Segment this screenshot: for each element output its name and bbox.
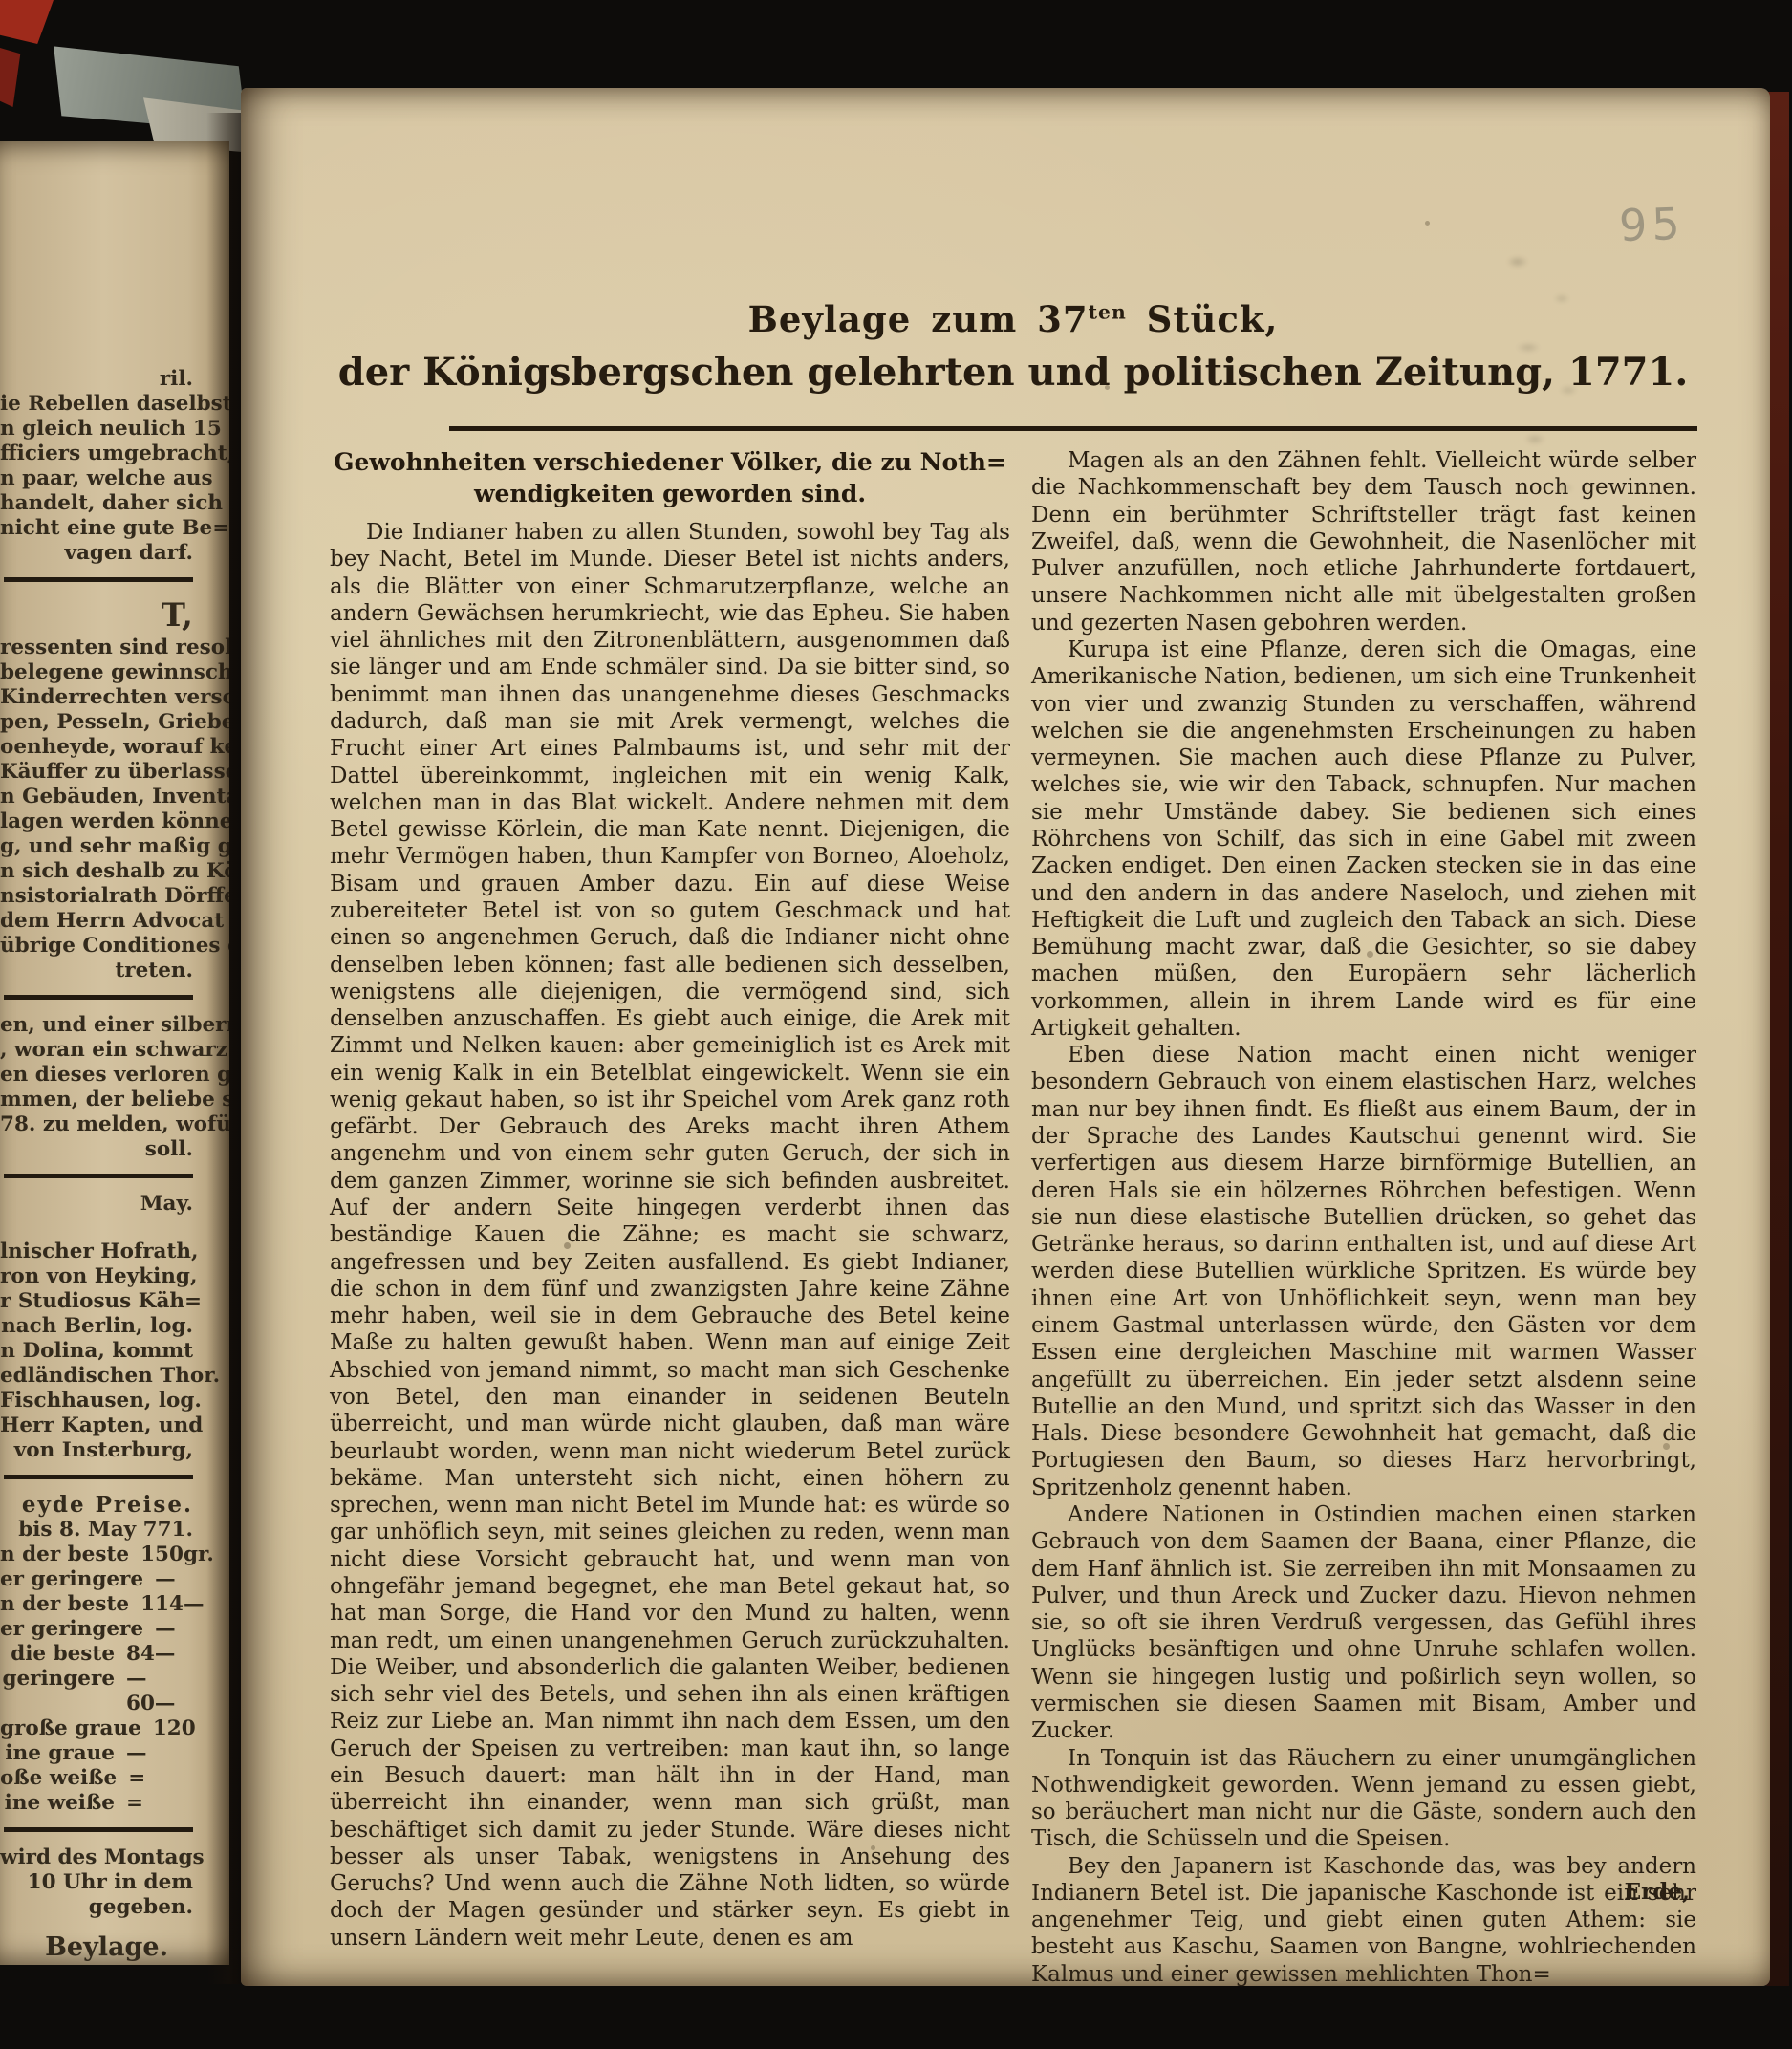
margin-line-text: Herr Kapten, und: [0, 1413, 203, 1437]
article-paragraph: Andere Nationen in Ostindien machen eine…: [1031, 1501, 1696, 1745]
margin-line: oenheyde, worauf kei=: [0, 735, 229, 760]
margin-line-text: nicht eine gute Be=: [0, 516, 229, 540]
margin-line-text: ron von Heyking,: [0, 1264, 197, 1288]
margin-line: Fischhausen, log.: [0, 1389, 229, 1413]
newspaper-page: 95 Beylage zum 37ten Stück, der Königsbe…: [241, 88, 1770, 1986]
masthead-line1-superscript: ten: [1089, 301, 1127, 324]
column-right: Magen als an den Zähnen fehlt. Vielleich…: [1031, 447, 1696, 1988]
margin-line: lnischer Hofrath,: [0, 1240, 229, 1264]
margin-line-value: 120: [141, 1716, 196, 1741]
margin-line-value: —: [115, 1741, 193, 1766]
margin-line-text: treten.: [115, 959, 193, 982]
book-scan: { "page_number": "95", "ink_color": "#2a…: [0, 0, 1792, 2049]
margin-line-text: dem Herrn Advocat: [0, 909, 224, 933]
margin-line-text: nach Berlin, log.: [1, 1314, 193, 1338]
margin-line-text: en, und einer silbernen: [0, 1013, 229, 1037]
margin-line: nicht eine gute Be=: [0, 516, 229, 541]
margin-line-text: vagen darf.: [64, 541, 193, 565]
margin-line: von Insterburg,: [0, 1438, 229, 1463]
margin-line: große graue120: [0, 1716, 229, 1741]
page-number: 95: [1618, 198, 1685, 251]
margin-line: handelt, daher sich: [0, 491, 229, 516]
margin-line-text: Fischhausen, log.: [0, 1389, 202, 1413]
paper-speckles: [241, 88, 244, 91]
margin-line-text: Käuffer zu überlassen.: [0, 760, 229, 784]
masthead: Beylage zum 37ten Stück, der Königsbergs…: [330, 298, 1696, 395]
article-paragraph: Die Indianer haben zu allen Stunden, sow…: [330, 519, 1010, 1952]
margin-line-value: —: [143, 1617, 193, 1642]
margin-line: geringere—: [0, 1667, 229, 1692]
margin-line: er geringere—: [0, 1617, 229, 1642]
article-paragraph: Magen als an den Zähnen fehlt. Vielleich…: [1031, 447, 1696, 636]
margin-line-text: T,: [162, 596, 193, 635]
margin-line: übrige Conditiones er=: [0, 934, 229, 959]
margin-line: er geringere—: [0, 1567, 229, 1592]
margin-line: gegeben.: [0, 1895, 229, 1920]
margin-line: n der beste150gr.: [0, 1542, 229, 1567]
margin-line-text: ril.: [160, 367, 193, 391]
margin-line: n Gebäuden, Inventa=: [0, 785, 229, 809]
margin-column: ril. ie Rebellen daselbst n gleich neuli…: [0, 141, 229, 1960]
margin-line-text: lnischer Hofrath,: [0, 1240, 199, 1263]
masthead-line1-pre: Beylage zum 37: [748, 298, 1089, 340]
margin-line-text: n der beste: [0, 1592, 129, 1617]
masthead-line-1: Beylage zum 37ten Stück,: [330, 298, 1696, 340]
margin-line-text: n Dolina, kommt: [0, 1339, 193, 1363]
margin-line: treten.: [0, 959, 229, 983]
margin-line: n sich deshalb zu Kö=: [0, 859, 229, 884]
margin-line-value: —: [115, 1667, 193, 1692]
article-heading: Gewohnheiten verschiedener Völker, die z…: [330, 447, 1010, 509]
masthead-line1-post: Stück,: [1127, 298, 1279, 340]
margin-line: wird des Montags: [0, 1845, 229, 1870]
margin-line-value: =: [115, 1791, 193, 1816]
margin-line: soll.: [0, 1137, 229, 1162]
margin-line-text: n der beste: [0, 1542, 129, 1567]
margin-line: [4, 577, 193, 582]
margin-line: [4, 995, 193, 1000]
article-heading-line-1: Gewohnheiten verschiedener Völker, die z…: [330, 447, 1010, 479]
margin-line: die beste84—: [0, 1642, 229, 1667]
margin-line: ril.: [0, 367, 229, 392]
margin-line-value: 84—: [115, 1642, 193, 1667]
margin-line-value: 114—: [129, 1592, 204, 1617]
margin-line: , woran ein schwarz: [0, 1038, 229, 1063]
margin-line-text: er geringere: [0, 1617, 143, 1642]
margin-line: [4, 1174, 193, 1178]
margin-line-text: Kinderrechten verschrie=: [0, 685, 229, 709]
margin-line: n gleich neulich 15: [0, 417, 229, 442]
margin-line-text: oße weiße: [0, 1766, 117, 1791]
margin-line-text: n paar, welche aus: [0, 466, 213, 490]
margin-line-text: lagen werden können,: [0, 809, 229, 833]
margin-line-text: gegeben.: [89, 1895, 193, 1919]
margin-line-text: g, und sehr maßig ge=: [0, 834, 229, 858]
margin-line: [0, 1217, 229, 1240]
margin-line: en dieses verloren ge=: [0, 1063, 229, 1088]
margin-line: en, und einer silbernen: [0, 1013, 229, 1038]
margin-line-text: May.: [140, 1192, 193, 1216]
margin-line-value: =: [117, 1766, 193, 1791]
margin-line: fficiers umgebracht,: [0, 442, 229, 466]
margin-line: 78. zu melden, wofür: [0, 1112, 229, 1137]
margin-line-text: 78. zu melden, wofür: [0, 1112, 229, 1136]
margin-line: ine graue—: [0, 1741, 229, 1766]
margin-line: mmen, der beliebe sich: [0, 1088, 229, 1112]
margin-line-text: von Insterburg,: [14, 1438, 193, 1462]
margin-line: eyde Preise.: [0, 1493, 229, 1518]
margin-line: n Dolina, kommt: [0, 1339, 229, 1364]
margin-line: pen, Pesseln, Grieben,: [0, 710, 229, 735]
margin-line-value: 150gr.: [129, 1542, 207, 1567]
margin-line: Käuffer zu überlassen.: [0, 760, 229, 785]
margin-line: ron von Heyking,: [0, 1264, 229, 1289]
margin-line: dem Herrn Advocat: [0, 909, 229, 934]
margin-line: nsistorialrath Dörffer,: [0, 884, 229, 909]
margin-line-text: ine weiße: [0, 1791, 115, 1816]
margin-line-text: ie Rebellen daselbst: [0, 392, 229, 416]
margin-line: Kinderrechten verschrie=: [0, 685, 229, 710]
margin-line-text: belegene gewinnschaft=: [0, 660, 229, 684]
margin-line-value: —: [143, 1567, 193, 1592]
margin-line-text: bis 8. May 771.: [18, 1518, 193, 1542]
margin-line-text: mmen, der beliebe sich: [0, 1088, 229, 1111]
article-paragraph: Bey den Japanern ist Kaschonde das, was …: [1031, 1853, 1696, 1988]
book-spine-red-fragment: [0, 48, 25, 107]
margin-line: belegene gewinnschaft=: [0, 660, 229, 685]
margin-line: ressenten sind resolvi=: [0, 636, 229, 660]
catchword: Erde,: [1625, 1879, 1695, 1905]
masthead-rule: [449, 426, 1697, 431]
margin-line: oße weiße=: [0, 1766, 229, 1791]
margin-line-text: , woran ein schwarz: [0, 1038, 227, 1062]
margin-line: vagen darf.: [0, 541, 229, 566]
margin-line-text: soll.: [145, 1137, 193, 1161]
margin-line-text: die beste: [0, 1642, 115, 1667]
margin-line: Herr Kapten, und: [0, 1413, 229, 1438]
margin-line-text: er geringere: [0, 1567, 143, 1592]
margin-line: T,: [0, 595, 229, 636]
margin-line-text: en dieses verloren ge=: [0, 1063, 229, 1087]
margin-line-text: n Gebäuden, Inventa=: [0, 785, 229, 809]
margin-line-value: 60—: [115, 1692, 193, 1716]
margin-line: Beylage.: [0, 1935, 229, 1960]
margin-line-text: pen, Pesseln, Grieben,: [0, 710, 229, 734]
margin-line-text: eyde Preise.: [22, 1492, 193, 1518]
margin-line-text: geringere: [0, 1667, 115, 1692]
margin-line: [4, 1475, 193, 1479]
margin-line-text: n gleich neulich 15: [0, 417, 222, 441]
margin-line-text: nsistorialrath Dörffer,: [0, 884, 229, 908]
masthead-line-2: der Königsbergschen gelehrten und politi…: [330, 350, 1696, 395]
book-spine-red-top: [0, 0, 54, 44]
margin-line-text: edländischen Thor.: [0, 1364, 220, 1388]
margin-line-text: 10 Uhr in dem: [28, 1870, 193, 1894]
margin-line-text: wird des Montags: [0, 1845, 205, 1869]
article-heading-line-2: wendigkeiten geworden sind.: [330, 479, 1010, 510]
margin-line: ie Rebellen daselbst: [0, 392, 229, 417]
margin-line-text: große graue: [0, 1716, 141, 1741]
margin-line: r Studiosus Käh=: [0, 1289, 229, 1314]
margin-line-text: ine graue: [0, 1741, 115, 1766]
margin-line: edländischen Thor.: [0, 1364, 229, 1389]
margin-line-text: übrige Conditiones er=: [0, 934, 229, 958]
margin-line: g, und sehr maßig ge=: [0, 834, 229, 859]
margin-line: 10 Uhr in dem: [0, 1870, 229, 1895]
margin-line: bis 8. May 771.: [0, 1518, 229, 1542]
margin-line: nach Berlin, log.: [0, 1314, 229, 1339]
margin-line-text: Beylage.: [45, 1932, 168, 1962]
margin-line: n der beste114—: [0, 1592, 229, 1617]
margin-line: ine weiße=: [0, 1791, 229, 1816]
margin-line: lagen werden können,: [0, 809, 229, 834]
margin-line-text: ressenten sind resolvi=: [0, 636, 229, 659]
margin-line-text: n sich deshalb zu Kö=: [0, 859, 229, 883]
margin-line: [4, 1827, 193, 1832]
margin-line: n paar, welche aus: [0, 466, 229, 491]
margin-line: May.: [0, 1192, 229, 1217]
margin-line-text: fficiers umgebracht,: [0, 442, 229, 465]
column-left: Gewohnheiten verschiedener Völker, die z…: [330, 447, 1010, 1988]
margin-line-text: r Studiosus Käh=: [0, 1289, 202, 1313]
article-paragraph: Eben diese Nation macht einen nicht weni…: [1031, 1042, 1696, 1501]
article-paragraph: In Tonquin ist das Räuchern zu einer unu…: [1031, 1745, 1696, 1853]
margin-line-text: oenheyde, worauf kei=: [0, 735, 229, 759]
article-columns: Gewohnheiten verschiedener Völker, die z…: [330, 447, 1696, 1988]
article-paragraph: Kurupa ist eine Pflanze, deren sich die …: [1031, 636, 1696, 1042]
left-page-cutoff: ril. ie Rebellen daselbst n gleich neuli…: [0, 141, 229, 1965]
margin-line-text: handelt, daher sich: [0, 491, 223, 515]
margin-line: 60—: [0, 1692, 229, 1716]
